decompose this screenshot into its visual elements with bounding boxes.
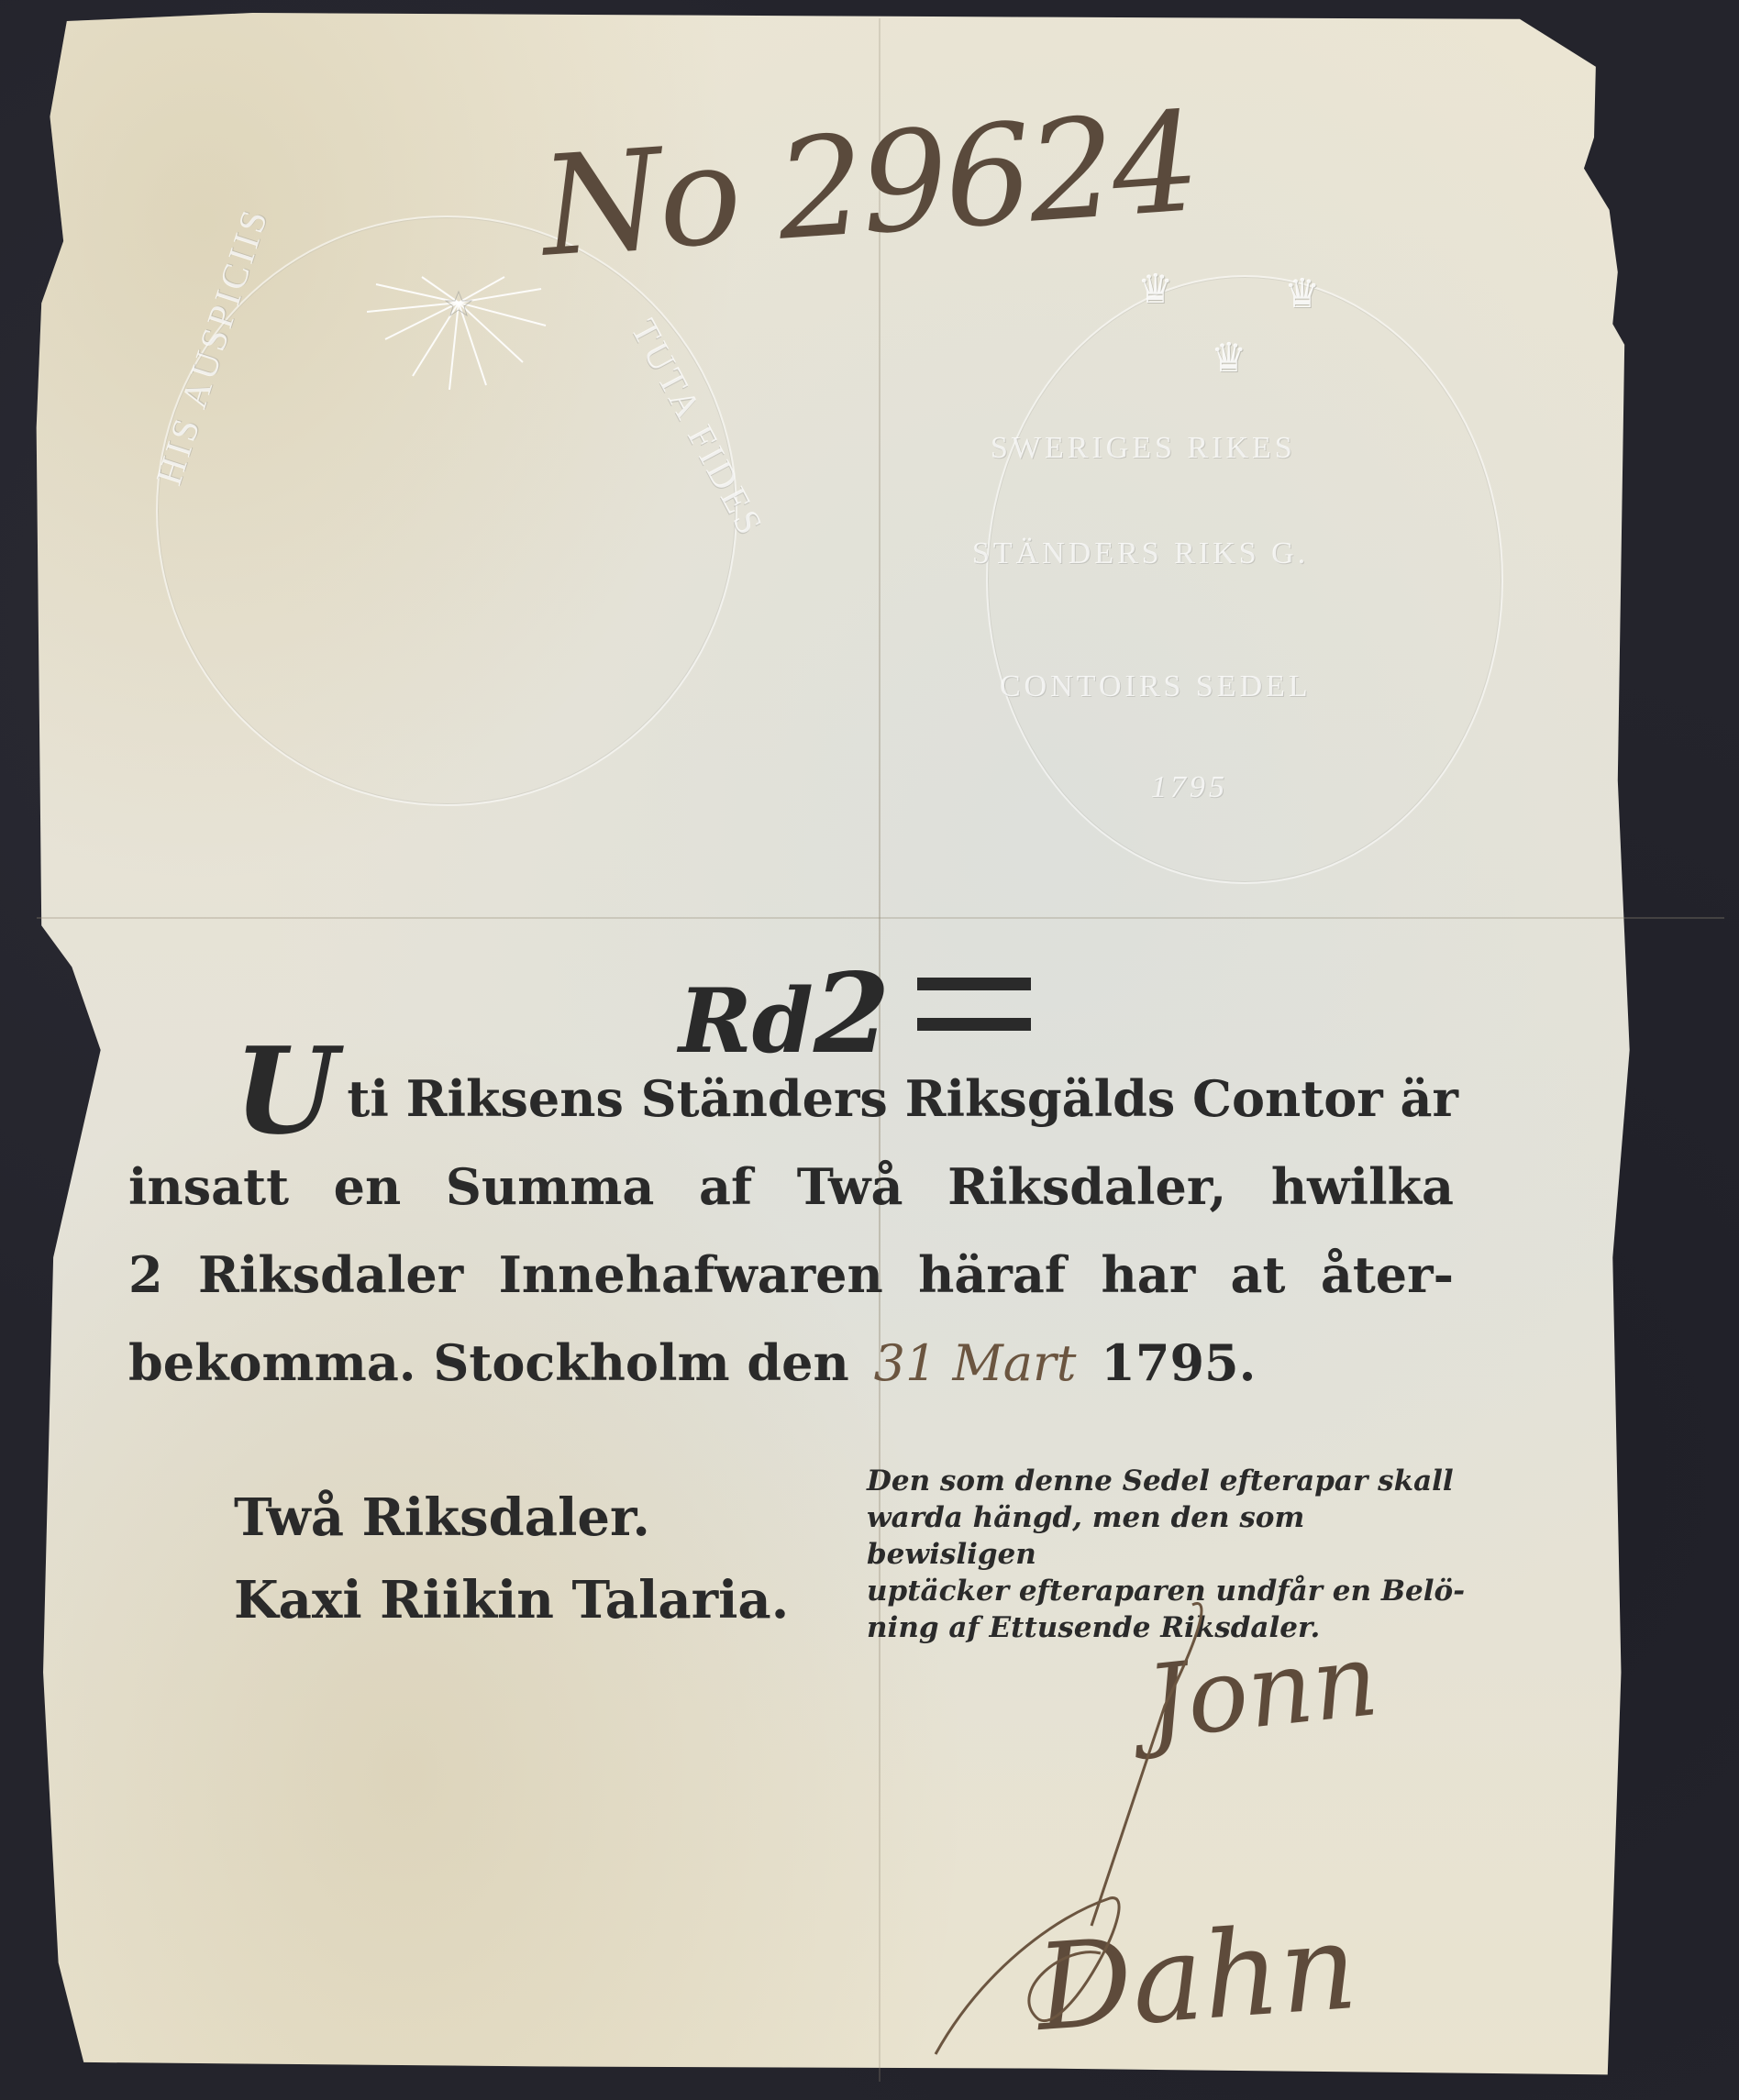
value-in-words: Twå Riksdaler. Kaxi Riikin Talaria. bbox=[234, 1476, 789, 1641]
main-text-line-2: insatt en Summa af Twå Riksdaler, hwilka bbox=[128, 1143, 1454, 1231]
printed-year: 1795. bbox=[1101, 1333, 1256, 1392]
denomination-bars bbox=[917, 978, 1031, 1033]
crown-icon: ♛ bbox=[1137, 266, 1173, 313]
main-text-line-1: ti Riksens Ständers Riksgälds Contor är bbox=[234, 1055, 1454, 1143]
horizontal-fold-line bbox=[37, 917, 1724, 919]
seal-right-line3: CONTOIRS SEDEL bbox=[1000, 669, 1312, 704]
main-text-line-3: 2 Riksdaler Innehafwaren häraf har at åt… bbox=[128, 1231, 1454, 1319]
crown-icon: ♛ bbox=[1211, 335, 1246, 381]
main-promissory-text: U ti Riksens Ständers Riksgälds Contor ä… bbox=[234, 1055, 1454, 1408]
seal-right-line2: STÄNDERS RIKS G. bbox=[972, 536, 1309, 571]
crown-icon: ♛ bbox=[1284, 271, 1320, 317]
warning-line-2: warda hängd, men den som bewisligen bbox=[867, 1499, 1472, 1573]
main-text-line-4: bekomma. Stockholm den 31 Mart 1795. bbox=[128, 1319, 1454, 1408]
place-text: bekomma. Stockholm den bbox=[128, 1333, 849, 1392]
handwritten-date: 31 Mart bbox=[874, 1334, 1077, 1392]
seal-right-line1: SWERIGES RIKES bbox=[991, 431, 1296, 466]
seal-right-year: 1795 bbox=[1151, 770, 1228, 805]
value-finnish: Kaxi Riikin Talaria. bbox=[234, 1559, 789, 1641]
drop-cap: U bbox=[234, 1055, 338, 1128]
value-swedish: Twå Riksdaler. bbox=[234, 1476, 789, 1559]
radiant-star-icon bbox=[367, 275, 550, 394]
warning-line-1: Den som denne Sedel efterapar skall bbox=[867, 1463, 1472, 1499]
signature-loop bbox=[926, 1862, 1156, 2082]
